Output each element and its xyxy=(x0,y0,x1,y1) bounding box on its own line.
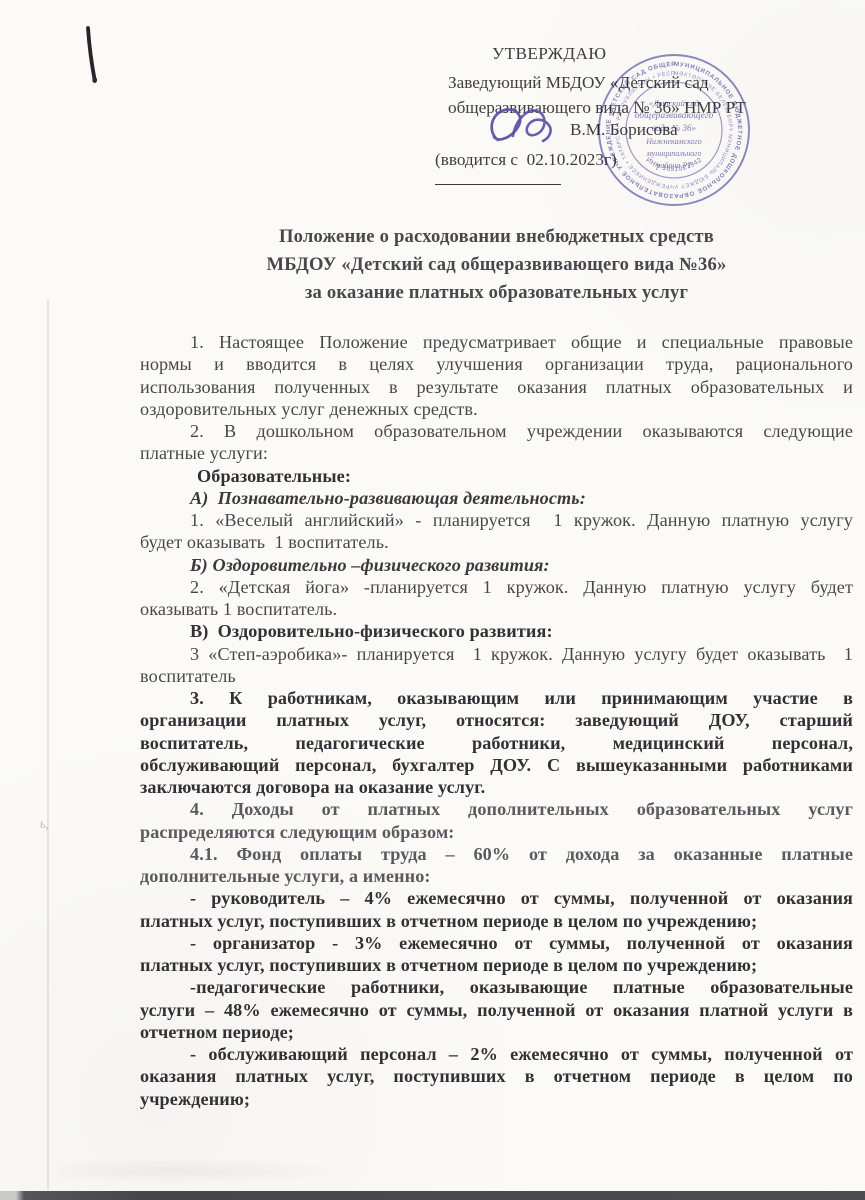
approve-label: УТВЕРЖДАЮ xyxy=(492,44,606,64)
body-line: использования полученных в результате ок… xyxy=(140,376,853,398)
body-line: платные услуги: xyxy=(140,442,853,464)
body-line: платных услуг, поступивших в отчетном пе… xyxy=(140,910,853,932)
body-line: Образовательные: xyxy=(140,465,853,487)
body-line: -педагогические работники, оказывающие п… xyxy=(140,976,853,998)
scan-edge-band xyxy=(0,1191,865,1200)
body-line: распределяются следующим образом: xyxy=(140,821,853,843)
body-line: нормы и вводится в целях улучшения орган… xyxy=(140,353,853,375)
body-line: воспитатель, педагогические работники, м… xyxy=(140,732,853,754)
title-line: Положение о расходовании внебюджетных ср… xyxy=(140,223,853,251)
body-line: услуги – 48% ежемесячно от суммы, получе… xyxy=(140,999,853,1021)
body-line: А) Познавательно-развивающая деятельност… xyxy=(140,487,853,509)
stamp-center-line: Нижнекамского xyxy=(645,137,702,146)
body-line: воспитатель xyxy=(140,665,853,687)
pen-mark xyxy=(79,25,109,87)
body-line: Б) Оздоровительно –физического развития: xyxy=(140,554,853,576)
document-title: Положение о расходовании внебюджетных ср… xyxy=(140,223,853,307)
body-line: обслуживающий персонал, бухгалтер ДОУ. С… xyxy=(140,754,853,776)
body-line: оказания платных услуг, поступивших в от… xyxy=(140,1065,853,1087)
body-line: оздоровительных услуг денежных средств. xyxy=(140,398,853,420)
signature-underline xyxy=(435,184,561,185)
stamp-center-line: «Детский сад xyxy=(649,98,700,108)
body-line: - руководитель – 4% ежемесячно от суммы,… xyxy=(140,887,853,909)
stamp-center-line: вида № 36» xyxy=(652,123,696,133)
handwritten-signature xyxy=(480,100,580,155)
body-line: отчетном периоде; xyxy=(140,1021,853,1043)
body-line: 2. «Детская йога» -планируется 1 кружок.… xyxy=(140,576,853,598)
title-line: за оказание платных образовательных услу… xyxy=(140,279,853,307)
stamp-center-line: муниципального xyxy=(646,149,702,158)
body-line: заключаются договора на оказание услуг. xyxy=(140,776,853,798)
body-line: 2. В дошкольном образовательном учрежден… xyxy=(140,420,853,442)
body-line: 4. Доходы от платных дополнительных обра… xyxy=(140,798,853,820)
body-line: 3. К работникам, оказывающим или принима… xyxy=(140,687,853,709)
document-body: 1. Настоящее Положение предусматривает о… xyxy=(140,331,853,1110)
body-line: 1. «Веселый английский» - планируется 1 … xyxy=(140,509,853,531)
body-line: - обслуживающий персонал – 2% ежемесячно… xyxy=(140,1043,853,1065)
official-round-stamp: МУНИЦИПАЛЬНОЕ БЮДЖЕТНОЕ ДОШКОЛЬНОЕ ОБРАЗ… xyxy=(592,48,756,212)
body-line: учреждению; xyxy=(140,1088,853,1110)
title-line: МБДОУ «Детский сад общеразвивающего вида… xyxy=(140,251,853,279)
body-line: 1. Настоящее Положение предусматривает о… xyxy=(140,331,853,353)
body-line: - организатор - 3% ежемесячно от суммы, … xyxy=(140,932,853,954)
body-line: 3 «Степ-аэробика»- планируется 1 кружок.… xyxy=(140,643,853,665)
body-line: дополнительные услуги, а именно: xyxy=(140,865,853,887)
scanned-document-page: ь, УТВЕРЖДАЮ Заведующий МБДОУ «Детский с… xyxy=(0,0,865,1200)
body-line: платных услуг, поступивших в отчетном пе… xyxy=(140,954,853,976)
body-line: 4.1. Фонд оплаты труда – 60% от дохода з… xyxy=(140,843,853,865)
body-line: будет оказывать 1 воспитатель. xyxy=(140,531,853,553)
scan-smudge xyxy=(60,1158,360,1184)
body-line: В) Оздоровительно-физического развития: xyxy=(140,620,853,642)
body-line: оказывать 1 воспитатель. xyxy=(140,598,853,620)
paper-edge-shadow xyxy=(47,300,49,1190)
stamp-center-line: общеразвивающего xyxy=(635,110,714,121)
body-line: организации платных услуг, относятся: за… xyxy=(140,709,853,731)
